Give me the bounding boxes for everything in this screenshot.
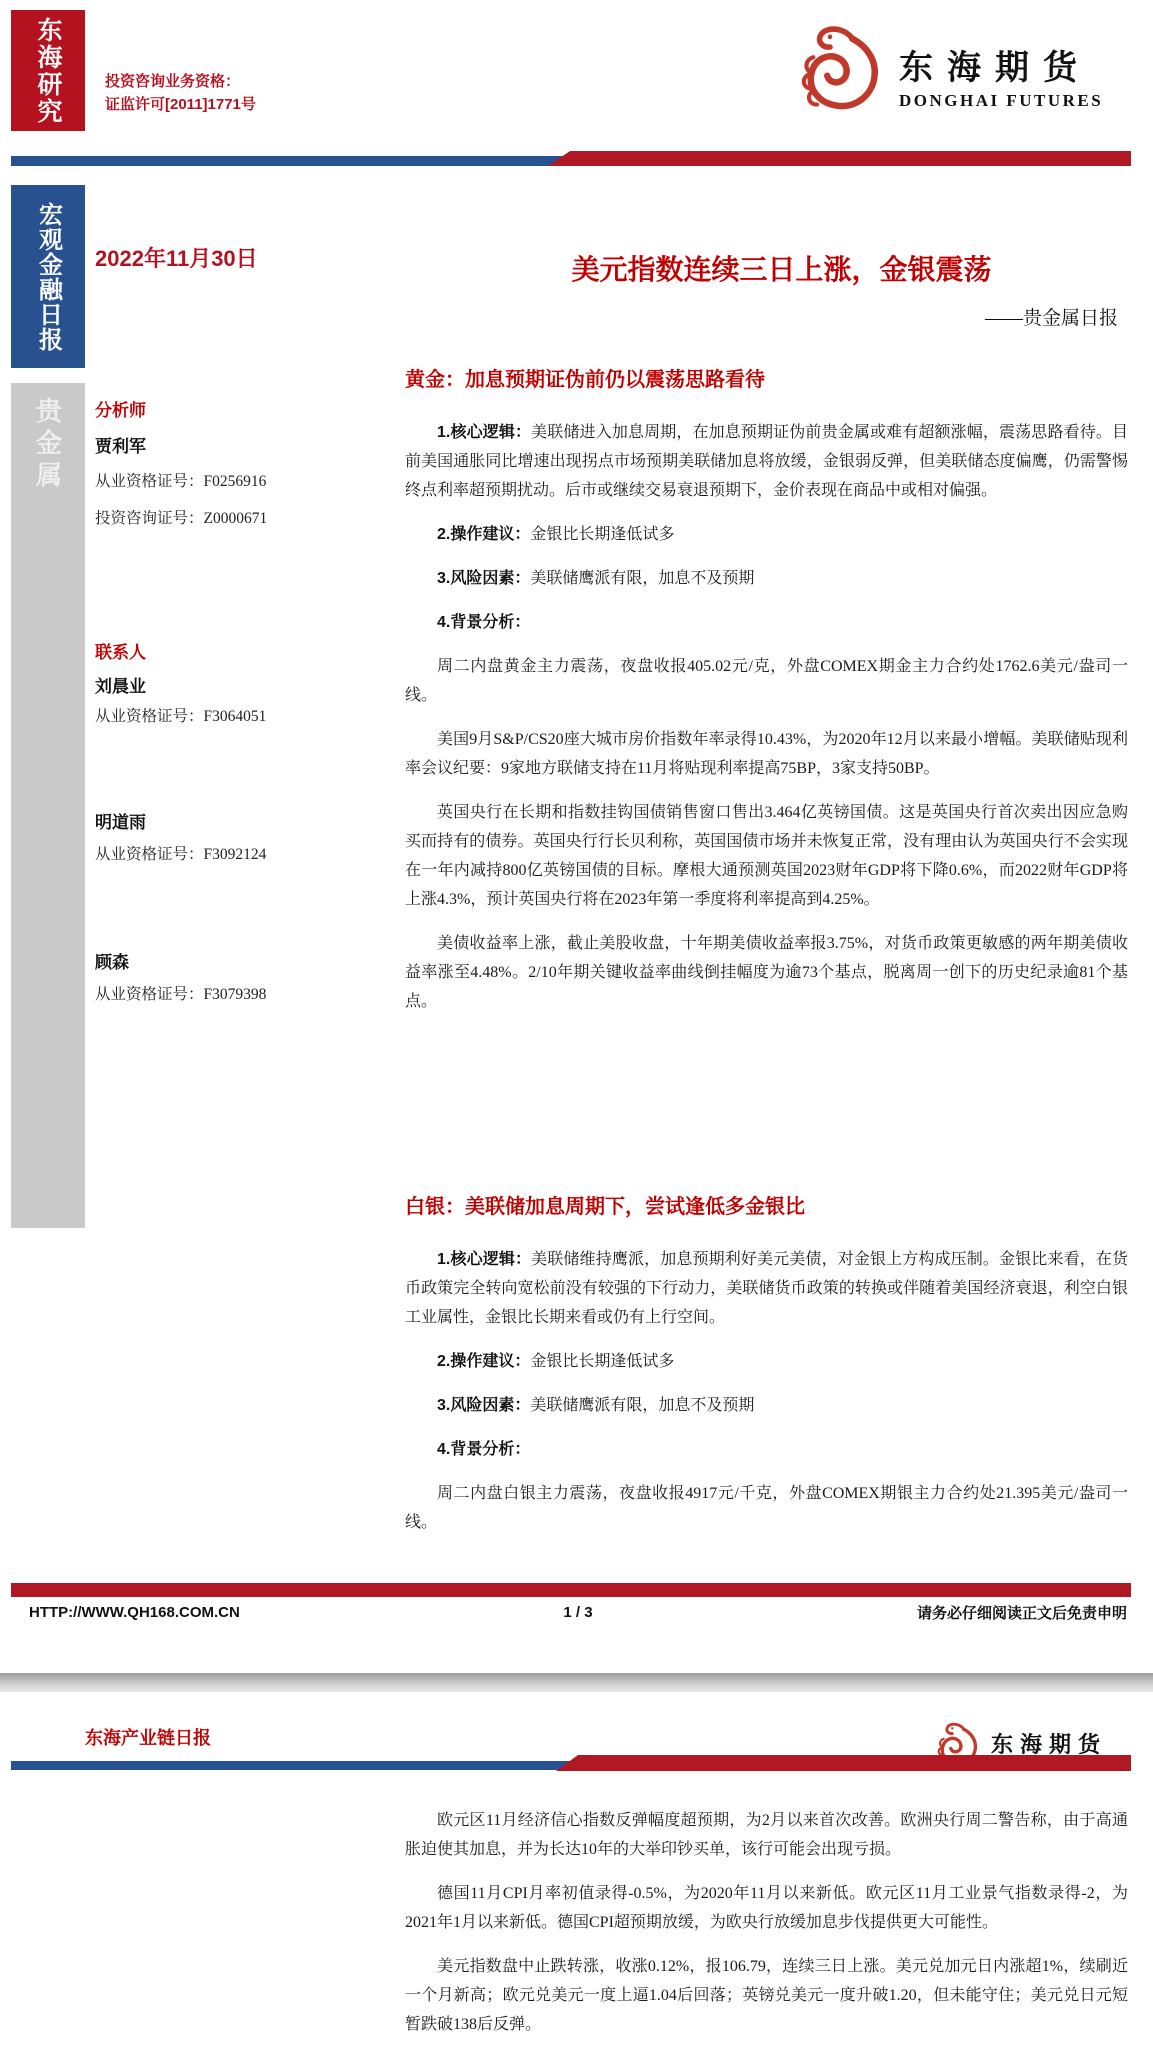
gold-item: 4.背景分析： [405, 608, 1128, 637]
gold-item-label: 4.背景分析： [437, 614, 530, 631]
header-bar-red [548, 151, 1131, 166]
page2-bar-red [556, 1755, 1131, 1771]
silver-item: 3.风险因素：美联储鹰派有限，加息不及预期 [405, 1391, 1128, 1420]
silver-background-paragraph: 周二内盘白银主力震荡，夜盘收报4917元/千克，外盘COMEX期银主力合约处21… [405, 1479, 1128, 1537]
gold-item: 2.操作建议：金银比长期逢低试多 [405, 520, 1128, 549]
silver-item: 4.背景分析： [405, 1435, 1128, 1464]
contact-name: 刘晨业 [95, 672, 146, 697]
report-subtitle: ——贵金属日报 [405, 303, 1128, 330]
silver-item-label: 4.背景分析： [437, 1441, 530, 1458]
gold-section-heading: 黄金：加息预期证伪前仍以震荡思路看待 [405, 363, 1128, 392]
silver-item-text: 美联储鹰派有限，加息不及预期 [530, 1397, 754, 1414]
contact-cert: 从业资格证号：F3064051 [95, 704, 266, 726]
logo-cn-text: 东海期货 [991, 1728, 1112, 1759]
brand-vertical-label: 东海研究 [30, 17, 66, 125]
license-line1: 投资咨询业务资格： [105, 70, 256, 93]
sidebar-report-type-box: 宏观金融日报 [11, 185, 85, 368]
license-line2: 证监许可[2011]1771号 [105, 93, 256, 116]
gold-item-label: 2.操作建议： [437, 526, 530, 543]
footer-url: HTTP://WWW.QH168.COM.CN [11, 1604, 395, 1621]
report-title: 美元指数连续三日上涨，金银震荡 [420, 248, 1143, 288]
analyst-cert-2: 投资咨询证号：Z0000671 [95, 506, 267, 528]
page2-paragraph: 德国11月CPI月率初值录得-0.5%，为2020年11月以来新低。欧元区11月… [405, 1879, 1128, 1937]
contacts-heading: 联系人 [95, 638, 146, 663]
analyst-name: 贾利军 [95, 432, 146, 457]
contact-cert: 从业资格证号：F3092124 [95, 842, 266, 864]
gold-item-text: 美联储鹰派有限，加息不及预期 [530, 570, 754, 587]
silver-item-label: 2.操作建议： [437, 1353, 530, 1370]
silver-item: 1.核心逻辑：美联储维持鹰派，加息预期利好美元美债，对金银上方构成压制。金银比来… [405, 1245, 1128, 1332]
silver-section: 白银：美联储加息周期下，尝试逢低多金银比 1.核心逻辑：美联储维持鹰派，加息预期… [405, 1190, 1128, 1552]
page2-body: 欧元区11月经济信心指数反弹幅度超预期，为2月以来首次改善。欧洲央行周二警告称，… [405, 1806, 1128, 2054]
dragon-icon [795, 22, 891, 129]
gold-item-label: 3.风险因素： [437, 570, 530, 587]
gold-background-paragraph: 英国央行在长期和指数挂钩国债销售窗口售出3.464亿英镑国债。这是英国央行首次卖… [405, 798, 1128, 914]
gold-item-label: 1.核心逻辑： [437, 424, 531, 441]
contact-cert: 从业资格证号：F3079398 [95, 982, 266, 1004]
analyst-cert-1: 从业资格证号：F0256916 [95, 469, 266, 491]
footer-disclaimer: 请务必仔细阅读正文后免责申明 [761, 1602, 1131, 1623]
analyst-heading: 分析师 [95, 396, 146, 421]
license-block: 投资咨询业务资格： 证监许可[2011]1771号 [105, 70, 256, 116]
gold-background-paragraph: 周二内盘黄金主力震荡，夜盘收报405.02元/克，外盘COMEX期金主力合约处1… [405, 652, 1128, 710]
page-separator [0, 1673, 1153, 1692]
header-bar-blue [11, 156, 571, 166]
brand-vertical-box: 东海研究 [11, 10, 85, 131]
report-date: 2022年11月30日 [95, 242, 258, 273]
silver-item-label: 1.核心逻辑： [437, 1251, 531, 1268]
page2-paragraph: 美元指数盘中止跌转涨，收涨0.12%，报106.79，连续三日上涨。美元兑加元日… [405, 1952, 1128, 2039]
gold-item-text: 金银比长期逢低试多 [530, 526, 674, 543]
gold-section: 黄金：加息预期证伪前仍以震荡思路看待 1.核心逻辑：美联储进入加息周期，在加息预… [405, 363, 1128, 1031]
contact-name: 明道雨 [95, 808, 146, 833]
page2-bar-blue [11, 1761, 576, 1770]
contact-name: 顾森 [95, 948, 129, 973]
footer-page-number: 1 / 3 [395, 1604, 761, 1621]
logo-en-text: DONGHAI FUTURES [899, 91, 1103, 111]
page2-header-title: 东海产业链日报 [85, 1724, 211, 1750]
sidebar-report-type-label: 宏观金融日报 [31, 202, 66, 352]
company-logo: 东海期货 DONGHAI FUTURES [795, 22, 1103, 129]
silver-item-text: 金银比长期逢低试多 [530, 1353, 674, 1370]
silver-item-label: 3.风险因素： [437, 1397, 530, 1414]
gold-item: 3.风险因素：美联储鹰派有限，加息不及预期 [405, 564, 1128, 593]
silver-section-heading: 白银：美联储加息周期下，尝试逢低多金银比 [405, 1190, 1128, 1219]
sidebar-category-label: 贵金属 [30, 397, 67, 493]
silver-item: 2.操作建议：金银比长期逢低试多 [405, 1347, 1128, 1376]
footer-row: HTTP://WWW.QH168.COM.CN 1 / 3 请务必仔细阅读正文后… [11, 1602, 1131, 1623]
gold-item: 1.核心逻辑：美联储进入加息周期，在加息预期证伪前贵金属或难有超额涨幅，震荡思路… [405, 418, 1128, 505]
sidebar-category-box: 贵金属 [11, 383, 85, 1228]
page2-paragraph: 欧元区11月经济信心指数反弹幅度超预期，为2月以来首次改善。欧洲央行周二警告称，… [405, 1806, 1128, 1864]
gold-background-paragraph: 美债收益率上涨，截止美股收盘，十年期美债收益率报3.75%，对货币政策更敏感的两… [405, 929, 1128, 1016]
logo-cn-text: 东海期货 [899, 40, 1103, 89]
gold-background-paragraph: 美国9月S&P/CS20座大城市房价指数年率录得10.43%，为2020年12月… [405, 725, 1128, 783]
report-sheet: 东海研究 投资咨询业务资格： 证监许可[2011]1771号 东海期货 DONG… [0, 0, 1153, 2069]
footer-bar [11, 1583, 1131, 1597]
